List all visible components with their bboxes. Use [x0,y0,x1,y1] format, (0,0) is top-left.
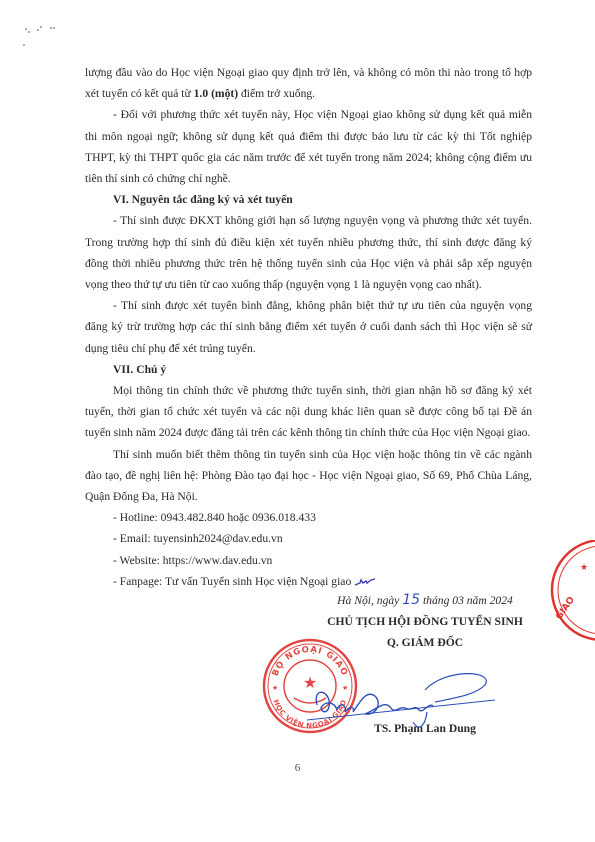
handwritten-day: 15 [402,592,420,608]
paragraph-contact-info: Thí sinh muốn biết thêm thông tin tuyển … [85,444,532,508]
contact-fanpage: - Fanpage: Tư vấn Tuyển sinh Học viện Ng… [85,571,532,592]
page-number: 6 [0,762,595,774]
document-page: lượng đầu vào do Học viện Ngoại giao quy… [0,0,595,842]
paragraph-registration: - Thí sinh được ĐKXT không giới hạn số l… [85,210,532,295]
section-heading-vi: VI. Nguyên tắc đăng ký và xét tuyển [85,189,532,210]
contact-email: - Email: tuyensinh2024@dav.edu.vn [85,528,532,549]
scan-noise [22,24,62,48]
contact-website: - Website: https://www.dav.edu.vn [85,550,532,571]
paragraph-method-note: - Đối với phương thức xét tuyển này, Học… [85,104,532,189]
svg-text:GIAO: GIAO [554,595,577,622]
paragraph-official-info: Mọi thông tin chính thức về phương thức … [85,380,532,444]
score-threshold: 1.0 (một) [194,87,238,100]
svg-text:★: ★ [580,563,588,573]
signer-position: CHỦ TỊCH HỘI ĐỒNG TUYỂN SINH [300,611,550,632]
handwritten-signature [295,660,505,740]
initial-mark-icon [354,577,376,587]
paragraph-continuation: lượng đầu vào do Học viện Ngoại giao quy… [85,62,532,104]
body-text: lượng đầu vào do Học viện Ngoại giao quy… [85,62,532,592]
paragraph-equal-review: - Thí sinh được xét tuyển bình đẳng, khô… [85,295,532,359]
section-heading-vii: VII. Chú ý [85,359,532,380]
contact-hotline: - Hotline: 0943.482.840 hoặc 0936.018.43… [85,507,532,528]
svg-text:★: ★ [272,684,278,692]
signature-date: Hà Nội, ngày 15 tháng 03 năm 2024 [300,590,550,611]
